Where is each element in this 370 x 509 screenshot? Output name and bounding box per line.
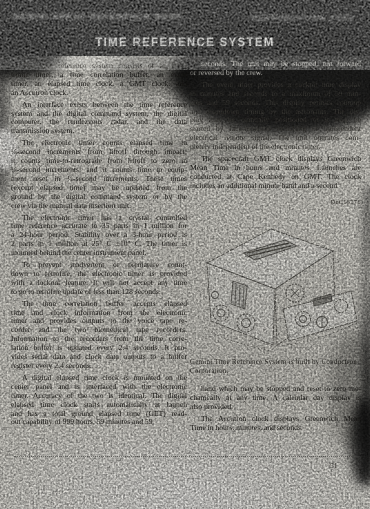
- text-line: ment reset in ¼-second increments. These…: [11, 175, 187, 184]
- edge-smudge: [0, 50, 8, 200]
- text-line: electrical remote signal. The unit opera…: [190, 134, 361, 143]
- paragraph: The electronic timer has a crystal contr…: [11, 214, 187, 259]
- text-line: register every 2.4 seconds.: [11, 362, 187, 371]
- masthead-left-smudge: GEMINI PRESS REFERENCE BOOK: [13, 12, 183, 21]
- text-line: Mean Time in hours and minutes. Launches…: [190, 164, 361, 173]
- text-line: and countdown timing by the astronauts. …: [190, 108, 361, 117]
- paragraph: The spacecraft GMT clock displays Greenw…: [190, 155, 361, 191]
- text-line: play may be manually positioned or it ma…: [190, 116, 361, 125]
- text-line: timer, an elapsed time clock, a GMT cloc…: [11, 80, 187, 89]
- corner-mark: s:.: [6, 452, 12, 458]
- figure-caption-line: Gemini Time Reference System is built by…: [190, 359, 361, 368]
- text-line: lation buffer is updated every 2.4 secon…: [11, 344, 187, 353]
- paragraph: The time correlation buffer accepts elap…: [11, 300, 187, 371]
- text-line: To prevent inadvertent or premature coun…: [11, 261, 187, 270]
- text-line: also provided.: [190, 403, 361, 412]
- text-line: or reversed by the crew.: [190, 69, 361, 78]
- text-line: hand which may be stopped and reset to z…: [190, 385, 361, 394]
- text-line: includes an additional minute hand and a…: [190, 182, 361, 191]
- paragraph: A digital elapsed time clock is mounted …: [11, 374, 187, 427]
- text-line: to go to retrofire update of less than 1…: [11, 288, 187, 297]
- text-line: chanically at any time. A calendar day d…: [190, 394, 361, 403]
- text-line: crew via the manual data insertion unit.: [11, 202, 187, 211]
- text-line: center panel and is interfaced with the …: [11, 383, 187, 392]
- text-line: A digital elapsed time clock is mounted …: [11, 374, 187, 383]
- paragraph: The event timer provides a cockpit time …: [190, 81, 361, 152]
- text-line: The Accutron clock displays Greenwich Me…: [190, 415, 361, 424]
- text-line: mounted behind the center instrument pan…: [11, 249, 187, 258]
- text-line: Information to the recorders from the ti…: [11, 335, 187, 344]
- left-column: The time reference system consists of an…: [11, 62, 187, 430]
- right-column-top: seconds. The unit may be stopped, run fo…: [190, 60, 361, 194]
- text-line: timer and provides outputs to the voice …: [11, 317, 187, 326]
- text-line: ⅛-second increments from liftoff through…: [11, 148, 187, 157]
- text-line: utes and 59 seconds. This display permit…: [190, 99, 361, 108]
- text-line: time reference accurate to 35 parts in 1…: [11, 222, 187, 231]
- text-line: 2 parts in 1 million at 25° C ±10° C. Th…: [11, 240, 187, 249]
- text-line: corder and the two biomedical tape recor…: [11, 326, 187, 335]
- text-line: started by face-mounted switching or ind…: [190, 125, 361, 134]
- figure-caption: Gemini Time Reference System is built by…: [190, 359, 361, 376]
- text-line: Time in hours, minutes, and seconds.: [190, 424, 361, 433]
- text-line: elapsed time clock starts automatically …: [11, 401, 187, 410]
- text-line: The electronic timer has a crystal contr…: [11, 214, 187, 223]
- text-line: transmission system.: [11, 127, 187, 136]
- text-line: The time reference system consists of an…: [11, 62, 187, 71]
- text-line: The electronic timer counts elapsed time…: [11, 139, 187, 148]
- dotted-divider: [14, 456, 352, 457]
- text-line: out capability of 999 hours, 59 minutes …: [11, 418, 187, 427]
- text-line: and has a total ground elapsed time (GET…: [11, 410, 187, 419]
- text-line: (except elapsed time) may be updated fro…: [11, 184, 187, 193]
- page-title: TIME REFERENCE SYSTEM: [0, 37, 370, 49]
- text-line: with a lockout feature. It will not acce…: [11, 279, 187, 288]
- paragraph: An interface exists between the time ref…: [11, 101, 187, 137]
- paragraph: The electronic timer counts elapsed time…: [11, 139, 187, 210]
- masthead-right-smudge: REPRODUCTION COPY: [252, 15, 355, 22]
- text-line: seconds. The unit may be stopped, run fo…: [190, 60, 361, 69]
- text-line: a 24-hour period. Stability over a 3-hou…: [11, 231, 187, 240]
- text-line: pletely independent of the electronic ti…: [190, 143, 361, 152]
- photo-id: DeC15176: [190, 199, 361, 206]
- text-line: tronic timer, a time correlation buffer,…: [11, 71, 187, 80]
- text-line: it counts time-to-retrograde from liftof…: [11, 157, 187, 166]
- text-line: An interface exists between the time ref…: [11, 101, 187, 110]
- text-line: ⅛-second increments; and it counts time …: [11, 166, 187, 175]
- text-line: The event timer provides a cockpit time …: [190, 81, 361, 90]
- paragraph: seconds. The unit may be stopped, run fo…: [190, 60, 361, 78]
- text-line: in minutes and seconds to a maximum of 5…: [190, 90, 361, 99]
- right-column-bottom: hand which may be stopped and reset to z…: [190, 385, 361, 436]
- paragraph: To prevent inadvertent or premature coun…: [11, 261, 187, 297]
- text-line: timer. Accuracy of the two is identical.…: [11, 392, 187, 401]
- text-line: time and clock information from the elec…: [11, 309, 187, 318]
- text-line: an Accutron clock.: [11, 89, 187, 98]
- page-number: 51: [330, 461, 360, 470]
- text-line: ground by the digital command system or …: [11, 193, 187, 202]
- text-line: computer, the rendezvous radar, and the …: [11, 118, 187, 127]
- text-line: The spacecraft GMT clock displays Greenw…: [190, 155, 361, 164]
- figure-image: [191, 209, 363, 357]
- figure-caption-line: Corporation.: [190, 368, 361, 377]
- text-line: The time correlation buffer accepts elap…: [11, 300, 187, 309]
- text-line: vides serial data and clock data outputs…: [11, 353, 187, 362]
- scanned-page: GEMINI PRESS REFERENCE BOOK REPRODUCTION…: [0, 0, 370, 509]
- paragraph: hand which may be stopped and reset to z…: [190, 385, 361, 412]
- paragraph: The Accutron clock displays Greenwich Me…: [190, 415, 361, 433]
- text-line: down to retrofire, the electronic timer …: [11, 270, 187, 279]
- text-line: conducted at Cape Kennedy on GMT. The cl…: [190, 173, 361, 182]
- text-line: system and the digital command system, t…: [11, 110, 187, 119]
- paragraph: The time reference system consists of an…: [11, 62, 187, 98]
